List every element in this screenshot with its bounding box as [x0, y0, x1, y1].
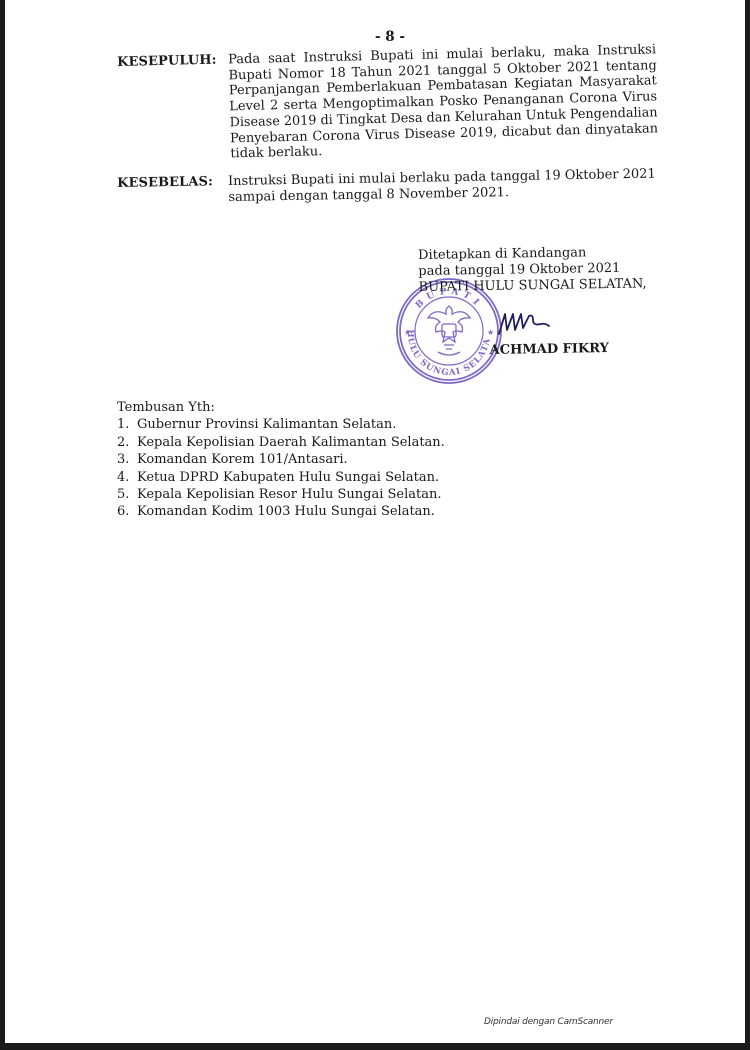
svg-text:★: ★	[404, 328, 411, 337]
cc-item: 6.Komandan Kodim 1003 Hulu Sungai Selata…	[117, 503, 445, 520]
handwritten-signature-icon	[495, 308, 555, 338]
cc-item: 1.Gubernur Provinsi Kalimantan Selatan.	[117, 416, 445, 433]
section-body: Pada saat Instruksi Bupati ini mulai ber…	[228, 42, 658, 162]
signature-title: BUPATI HULU SUNGAI SELATAN,	[419, 276, 679, 296]
signatory-name: ACHMAD FIKRY	[489, 341, 609, 359]
camscanner-watermark: Dipindai dengan CamScanner	[484, 1017, 613, 1027]
cc-title: Tembusan Yth:	[117, 399, 445, 416]
carbon-copy-list: Tembusan Yth: 1.Gubernur Provinsi Kalima…	[117, 399, 445, 521]
signature-block: Ditetapkan di Kandangan pada tanggal 19 …	[418, 244, 679, 296]
section-label: KESEPULUH:	[117, 53, 217, 70]
garuda-emblem-icon	[428, 306, 470, 355]
cc-item: 4.Ketua DPRD Kabupaten Hulu Sungai Selat…	[117, 469, 445, 486]
cc-item: 3.Komandan Korem 101/Antasari.	[117, 451, 445, 468]
cc-item: 5.Kepala Kepolisian Resor Hulu Sungai Se…	[117, 486, 445, 503]
section-kesebelas: KESEBELAS: Instruksi Bupati ini mulai be…	[117, 167, 657, 176]
svg-text:★: ★	[487, 328, 494, 337]
section-body: Instruksi Bupati ini mulai berlaku pada …	[228, 167, 656, 206]
cc-item: 2.Kepala Kepolisian Daerah Kalimantan Se…	[117, 434, 445, 451]
section-label: KESEBELAS:	[117, 174, 213, 191]
scanned-page: - 8 - KESEPULUH: Pada saat Instruksi Bup…	[5, 0, 745, 1043]
cc-items: 1.Gubernur Provinsi Kalimantan Selatan. …	[117, 416, 445, 520]
